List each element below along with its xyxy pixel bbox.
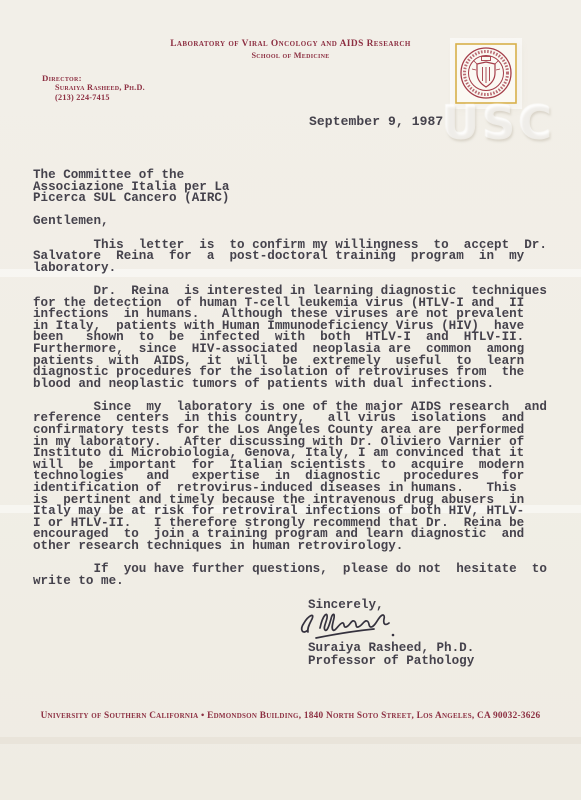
letter-page: Laboratory of Viral Oncology and AIDS Re…	[0, 0, 581, 800]
director-block: Director: Suraiya Rasheed, Ph.D. (213) 2…	[42, 73, 145, 102]
usc-seal-graphic	[455, 43, 517, 104]
signer-title: Professor of Pathology	[308, 654, 474, 668]
usc-seal-icon	[455, 43, 517, 104]
director-name: Suraiya Rasheed, Ph.D.	[55, 83, 145, 92]
signature-icon	[296, 604, 406, 646]
footer-address: University of Southern California • Edmo…	[0, 711, 581, 721]
usc-watermark: USC	[442, 96, 555, 150]
scan-streak	[0, 737, 581, 744]
director-phone: (213) 224-7415	[55, 93, 145, 102]
signer-name: Suraiya Rasheed, Ph.D.	[308, 641, 474, 655]
letter-date: September 9, 1987	[309, 114, 443, 129]
letter-body: The Committee of the Associazione Italia…	[33, 170, 547, 587]
director-label: Director:	[42, 73, 145, 83]
